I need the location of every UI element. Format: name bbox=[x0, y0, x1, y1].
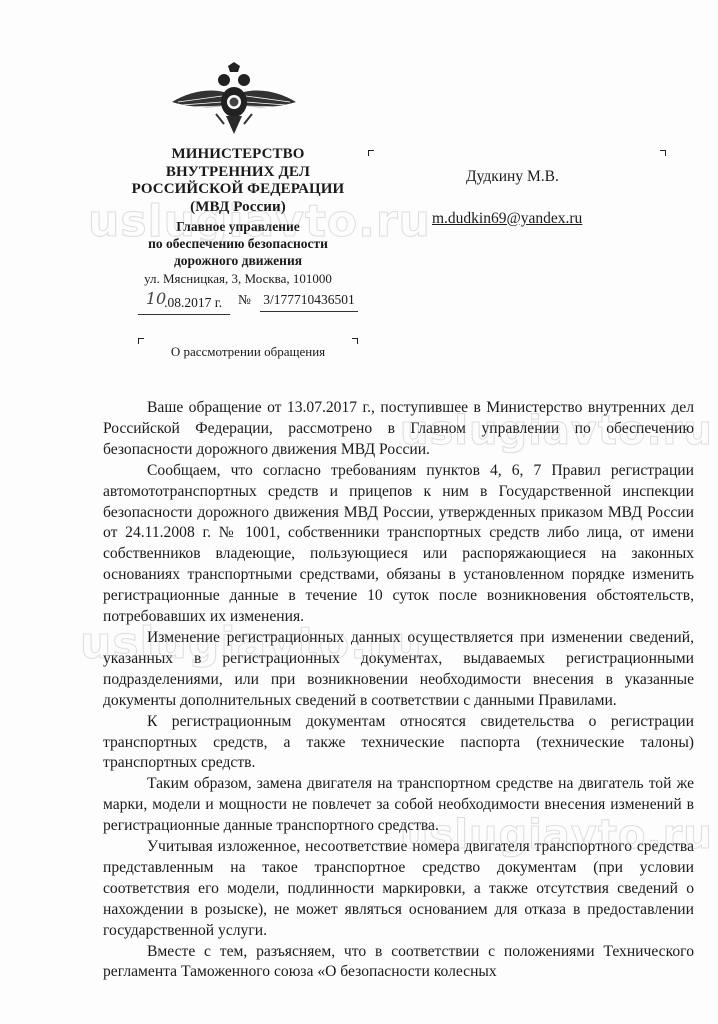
letter-subject: О рассмотрении обращения bbox=[128, 344, 368, 360]
body-paragraph: Учитывая изложенное, несоответствие номе… bbox=[103, 837, 694, 942]
body-paragraph: Ваше обращение от 13.07.2017 г., поступи… bbox=[103, 398, 694, 461]
letterhead: МИНИСТЕРСТВО ВНУТРЕННИХ ДЕЛ РОССИЙСКОЙ Ф… bbox=[118, 146, 358, 289]
registration-row: 10.08.2017 г. № 3/177710436501 bbox=[138, 292, 358, 318]
letter-body: Ваше обращение от 13.07.2017 г., поступи… bbox=[103, 398, 694, 983]
org-name-line: РОССИЙСКОЙ ФЕДЕРАЦИИ bbox=[118, 181, 358, 199]
handwritten-day: 10 bbox=[146, 289, 166, 308]
dept-name-line: дорожного движения bbox=[118, 252, 358, 269]
body-paragraph: Изменение регистрационных данных осущест… bbox=[103, 628, 694, 712]
mvd-eagle-emblem-icon bbox=[168, 62, 300, 142]
org-address: ул. Мясницкая, 3, Москва, 101000 bbox=[118, 269, 358, 289]
letter-page: МИНИСТЕРСТВО ВНУТРЕННИХ ДЕЛ РОССИЙСКОЙ Ф… bbox=[0, 0, 718, 1024]
body-paragraph: Сообщаем, что согласно требованиям пункт… bbox=[103, 461, 694, 628]
registration-date: 10.08.2017 г. bbox=[138, 292, 230, 315]
addressee-name: Дудкину М.В. bbox=[466, 168, 559, 186]
corner-mark-icon bbox=[660, 150, 666, 156]
body-paragraph: Таким образом, замена двигателя на транс… bbox=[103, 774, 694, 837]
registration-number: 3/177710436501 bbox=[260, 292, 358, 312]
org-abbrev-line: (МВД России) bbox=[118, 199, 358, 217]
org-name-line: ВНУТРЕННИХ ДЕЛ bbox=[118, 164, 358, 182]
number-sign: № bbox=[238, 292, 251, 308]
body-paragraph: К регистрационным документам относятся с… bbox=[103, 712, 694, 775]
dept-name-line: по обеспечению безопасности bbox=[118, 235, 358, 252]
printed-date: .08.2017 г. bbox=[164, 295, 222, 310]
body-paragraph: Вместе с тем, разъясняем, что в соответс… bbox=[103, 942, 694, 984]
org-name-line: МИНИСТЕРСТВО bbox=[118, 146, 358, 164]
corner-mark-icon bbox=[368, 150, 374, 156]
dept-name-line: Главное управление bbox=[118, 218, 358, 235]
addressee-email-link[interactable]: m.dudkin69@yandex.ru bbox=[432, 210, 582, 228]
